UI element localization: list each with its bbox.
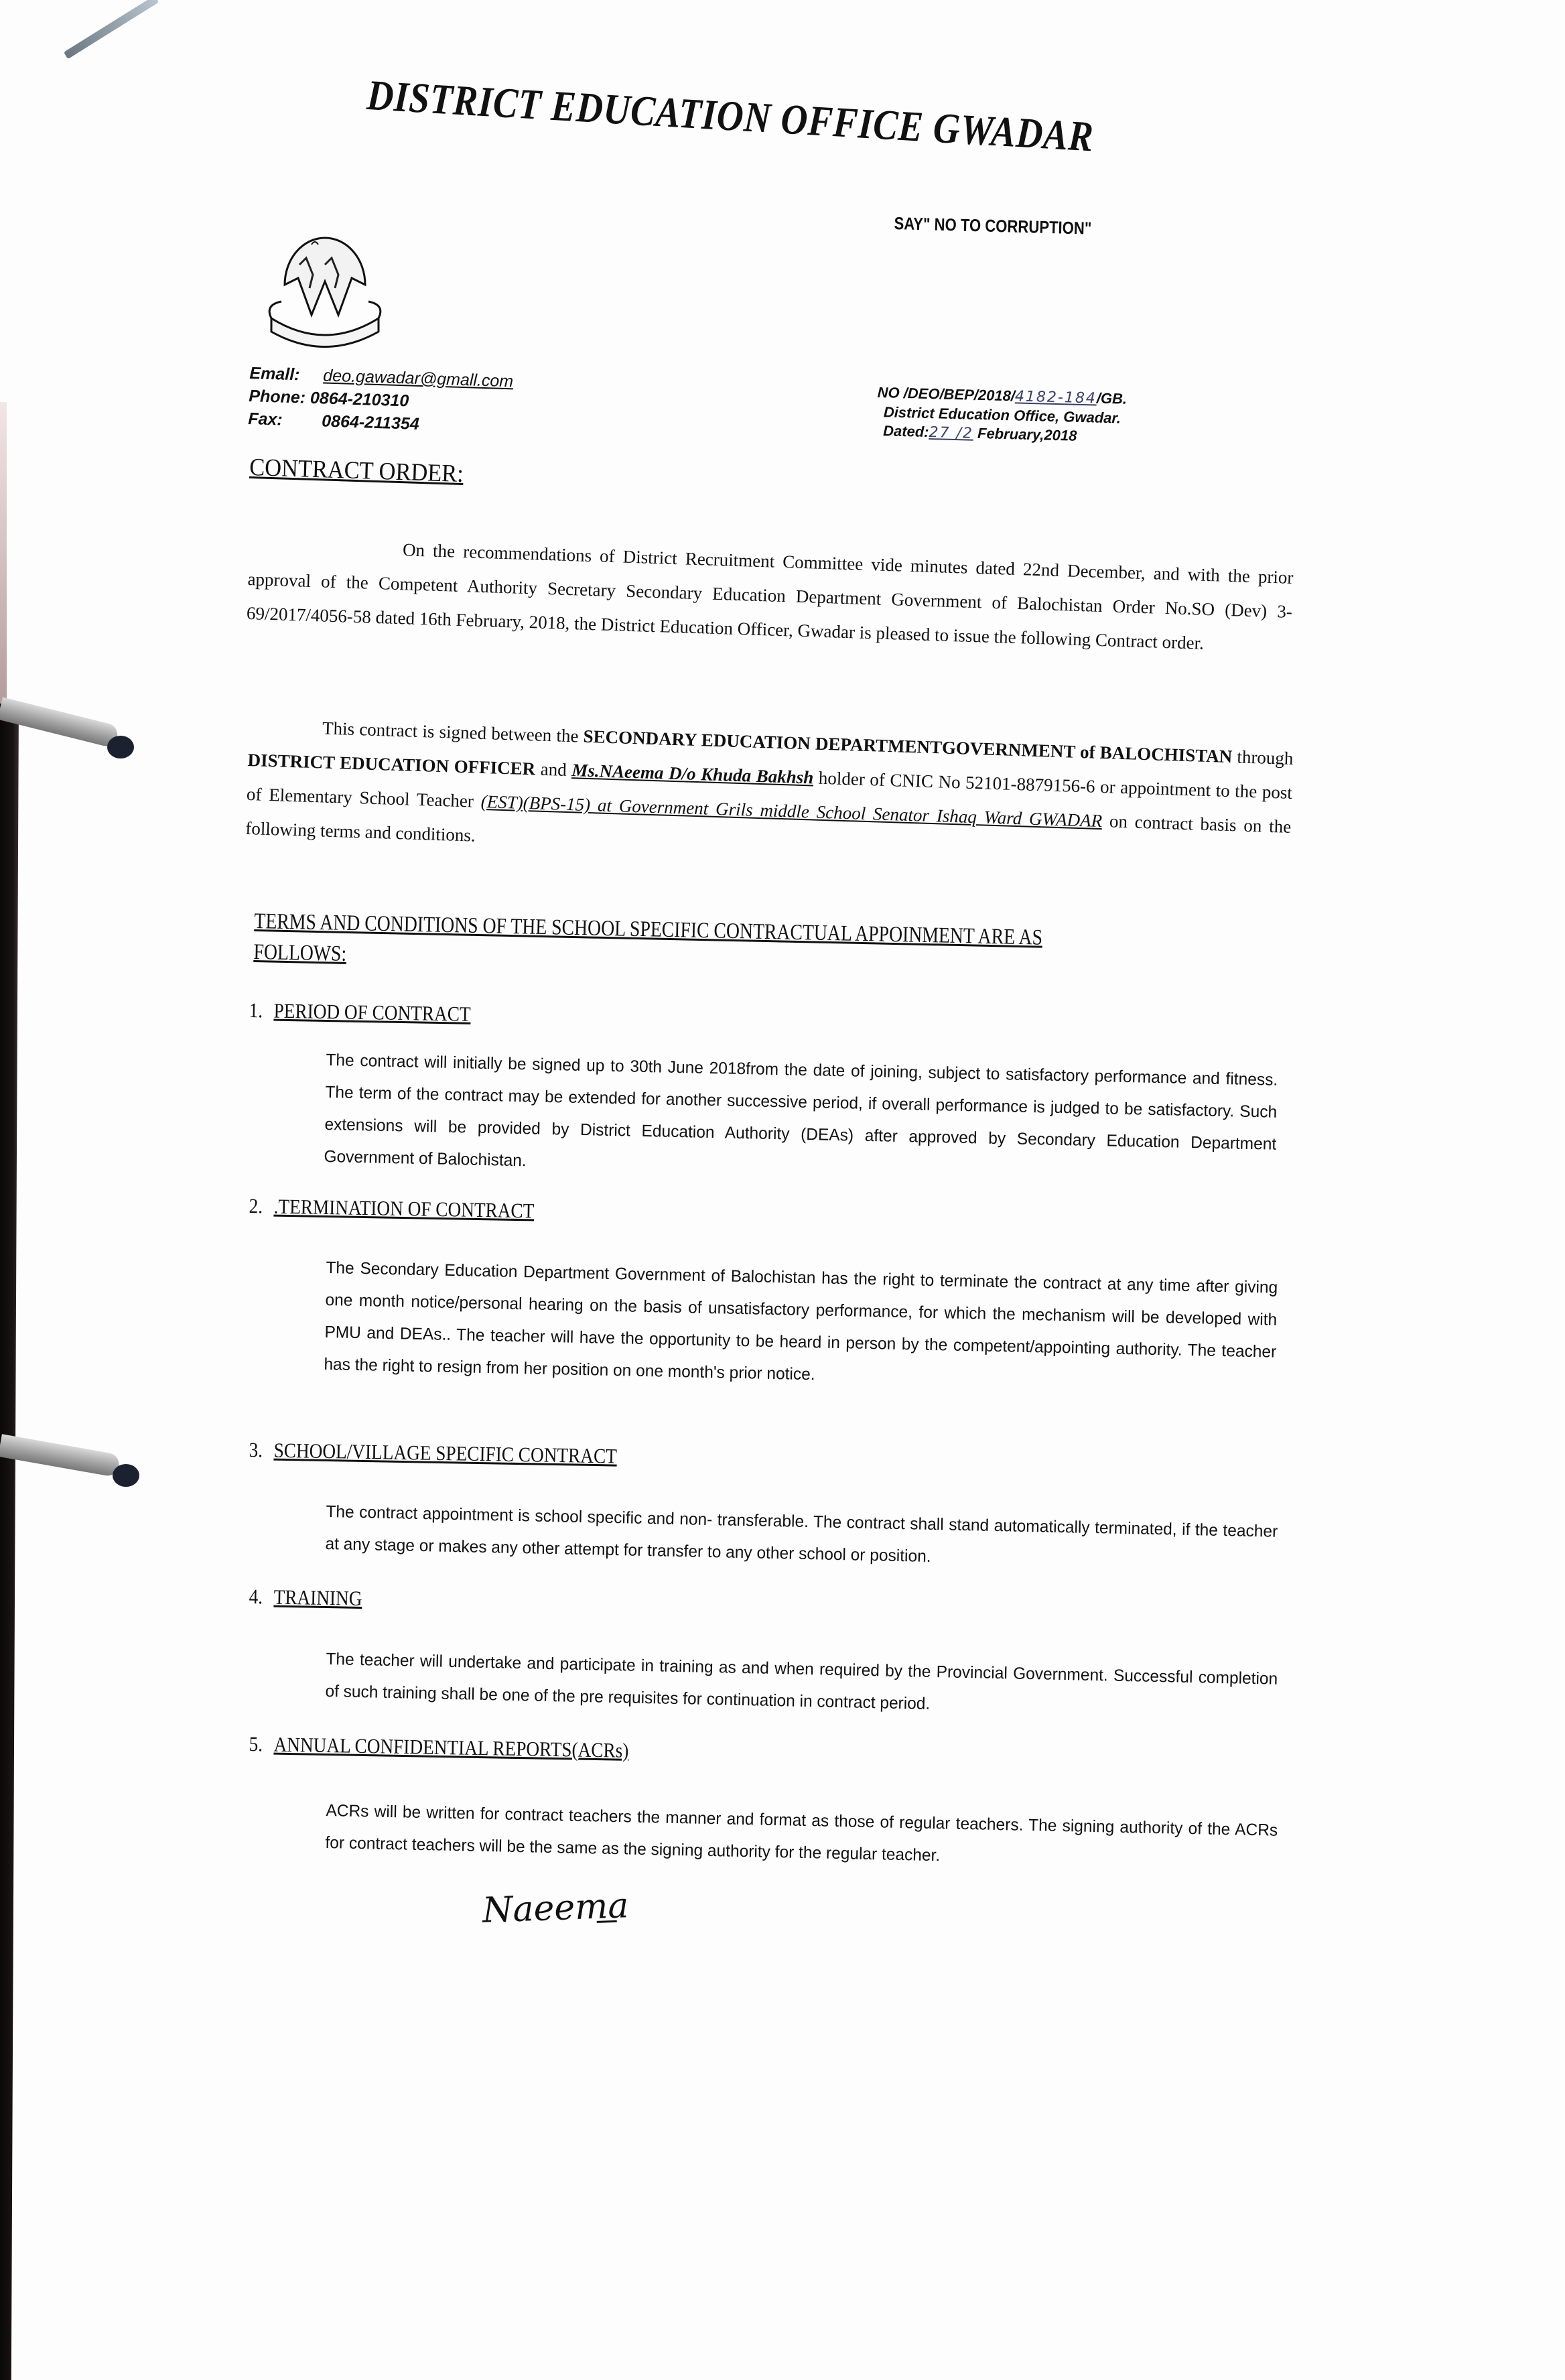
- contact-info: Emall:deo.gawadar@gmall.com Phone: 0864-…: [248, 362, 514, 438]
- binder-ring-top: [0, 697, 121, 720]
- binder-edge: [0, 402, 7, 710]
- contract-paragraph: This contract is signed between the SECO…: [245, 709, 1294, 878]
- emblem-icon: [258, 218, 392, 352]
- section-heading: 1.PERIOD OF CONTRACT: [249, 998, 471, 1027]
- section-body: The contract will initially be signed up…: [324, 1044, 1278, 1193]
- section-heading: 4.TRAINING: [249, 1585, 362, 1611]
- phone-number: 0864-210310: [310, 389, 409, 411]
- binder-spine: [0, 704, 19, 2380]
- page-title: DISTRICT EDUCATION OFFICE GWADAR: [366, 70, 1095, 161]
- section-body: The teacher will undertake and participa…: [325, 1643, 1278, 1727]
- slogan: SAY" NO TO CORRUPTION": [894, 213, 1092, 239]
- section-body: The contract appointment is school speci…: [325, 1496, 1278, 1580]
- section-heading: 3.SCHOOL/VILLAGE SPECIFIC CONTRACT: [249, 1438, 617, 1469]
- terms-heading: TERMS AND CONDITIONS OF THE SCHOOL SPECI…: [253, 906, 1065, 984]
- teacher-name: Ms.NAeema D/o Khuda Bakhsh: [571, 760, 814, 787]
- posting: (EST)(BPS-15) at Government Grils middle…: [480, 791, 1102, 831]
- handwritten-number: 4182-184: [1015, 388, 1097, 407]
- section-heading: 5.ANNUAL CONFIDENTIAL REPORTS(ACRs): [249, 1732, 628, 1763]
- reference-block: NO /DEO/BEP/2018/4182-184/GB. District E…: [876, 383, 1128, 448]
- pen-edge: [64, 0, 159, 59]
- section-heading: 2..TERMINATION OF CONTRACT: [249, 1194, 534, 1223]
- section-body: ACRs will be written for contract teache…: [325, 1794, 1278, 1879]
- intro-paragraph: On the recommendations of District Recru…: [246, 528, 1294, 663]
- fax-number: 0864-211354: [322, 411, 419, 434]
- section-body: The Secondary Education Department Gover…: [324, 1252, 1278, 1400]
- contract-order-heading: CONTRACT ORDER:: [249, 453, 464, 488]
- signature: Naeema: [482, 1886, 629, 1931]
- handwritten-date: 27 /2: [929, 424, 973, 442]
- binder-ring-bottom: [0, 1434, 121, 1457]
